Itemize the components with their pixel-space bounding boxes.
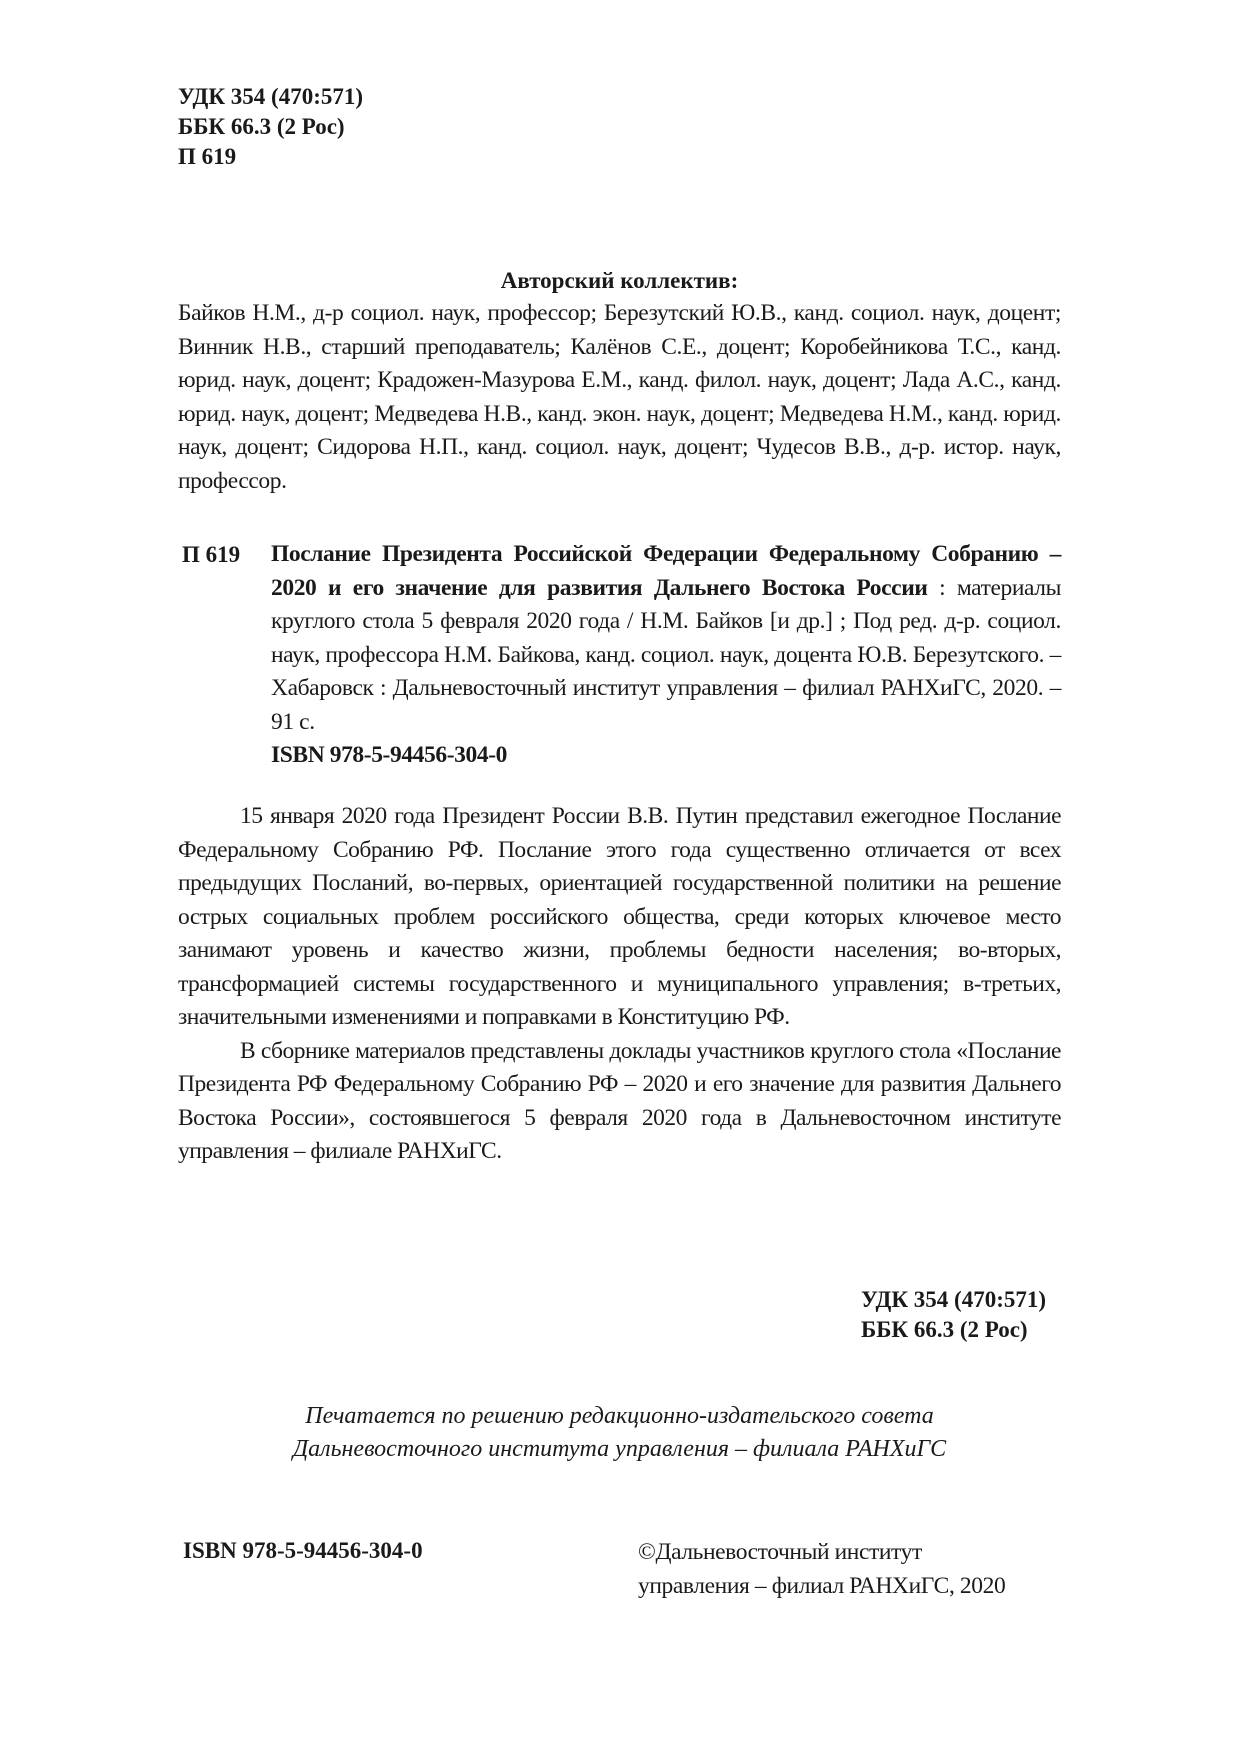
footer-isbn: ISBN 978-5-94456-304-0	[183, 1538, 423, 1564]
print-note: Печатается по решению редакционно-издате…	[178, 1400, 1061, 1466]
catalog-entry: Послание Президента Российской Федерации…	[271, 538, 1061, 773]
copyright-line: управления – филиал РАНХиГС, 2020	[638, 1569, 1005, 1603]
bbk-code: ББК 66.3 (2 Рос)	[861, 1315, 1046, 1345]
footer-codes: УДК 354 (470:571) ББК 66.3 (2 Рос)	[861, 1285, 1046, 1345]
authors-heading: Авторский коллектив:	[178, 266, 1061, 296]
bbk-code: ББК 66.3 (2 Рос)	[178, 112, 363, 142]
print-note-line: Дальневосточного института управления – …	[178, 1433, 1061, 1466]
annotation: 15 января 2020 года Президент России В.В…	[178, 800, 1061, 1169]
header-codes: УДК 354 (470:571) ББК 66.3 (2 Рос) П 619	[178, 82, 363, 172]
annotation-paragraph: В сборнике материалов представлены докла…	[178, 1035, 1061, 1169]
copyright: ©Дальневосточный институт управления – ф…	[638, 1535, 1005, 1603]
authors-list: Байков Н.М., д-р социол. наук, профессор…	[178, 297, 1061, 498]
author-mark: П 619	[178, 142, 363, 172]
udk-code: УДК 354 (470:571)	[178, 82, 363, 112]
print-note-line: Печатается по решению редакционно-издате…	[178, 1400, 1061, 1433]
catalog-code: П 619	[182, 540, 240, 570]
catalog-isbn: ISBN 978-5-94456-304-0	[271, 739, 1061, 773]
udk-code: УДК 354 (470:571)	[861, 1285, 1046, 1315]
annotation-paragraph: 15 января 2020 года Президент России В.В…	[178, 800, 1061, 1035]
copyright-line: ©Дальневосточный институт	[638, 1535, 1005, 1569]
